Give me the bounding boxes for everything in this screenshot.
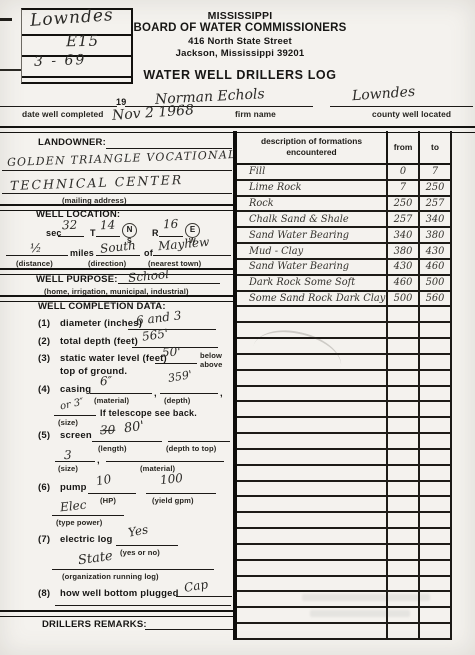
town-handwritten: Mayhew: [157, 235, 209, 253]
formation-to: [418, 323, 450, 337]
formation-from: [386, 387, 418, 401]
rule: [52, 515, 124, 516]
formation-desc: Dark Rock Some Soft: [237, 276, 386, 290]
electric-log-handwritten: Yes: [127, 522, 149, 539]
formation-desc: [237, 434, 386, 448]
formation-row: [237, 307, 450, 323]
formation-from: [386, 371, 418, 385]
formation-from: [386, 418, 418, 432]
formation-from: [386, 339, 418, 353]
rule: [90, 393, 152, 394]
item1-label: diameter (inches): [60, 318, 142, 329]
formations-table: description of formations encountered fr…: [233, 131, 452, 640]
formation-desc: Some Sand Rock Dark Clay: [237, 292, 386, 306]
rule: [58, 236, 84, 237]
formation-row: Some Sand Rock Dark Clay500560: [237, 292, 450, 308]
formation-to: 560: [418, 292, 450, 306]
formation-row: [237, 577, 450, 593]
above-option: above: [200, 360, 222, 369]
formation-row: [237, 561, 450, 577]
formation-row: [237, 624, 450, 640]
formation-desc: [237, 418, 386, 432]
formation-from: 430: [386, 260, 418, 274]
formation-to: [418, 561, 450, 575]
formation-from: [386, 624, 418, 638]
formation-from: [386, 434, 418, 448]
formation-to: [418, 355, 450, 369]
miles-label: miles: [70, 248, 94, 258]
formation-desc: Fill: [237, 165, 386, 179]
rule: [52, 569, 214, 570]
scanned-form-page: Lowndes E15 3 - 69 MISSISSIPPI BOARD OF …: [0, 0, 475, 655]
formation-to: [418, 371, 450, 385]
scan-edge-mark: [0, 18, 12, 21]
formation-to: 340: [418, 212, 450, 226]
formation-to: 500: [418, 276, 450, 290]
formation-from: 257: [386, 212, 418, 226]
below-option: below: [200, 351, 222, 360]
item6-label: pump: [60, 482, 87, 493]
rule: [168, 441, 230, 442]
depth-label: (depth): [164, 396, 190, 405]
range-label: R: [152, 228, 159, 238]
formation-to: 257: [418, 197, 450, 211]
formation-from: [386, 355, 418, 369]
form-title: WATER WELL DRILLERS LOG: [100, 68, 380, 82]
range-value-handwritten: 16: [163, 217, 179, 232]
formation-desc: Sand Water Bearing: [237, 228, 386, 242]
screen-length-handwritten: 80': [123, 419, 145, 437]
item3-num: (3): [38, 353, 50, 364]
formation-desc: Lime Rock: [237, 181, 386, 195]
formations-header-line2: encountered: [286, 147, 336, 158]
filing-code-handwritten: E15: [66, 32, 99, 51]
rule: [106, 461, 224, 462]
formation-to: [418, 608, 450, 622]
formation-row: [237, 497, 450, 513]
formation-desc: [237, 545, 386, 559]
formation-to: [418, 497, 450, 511]
formation-from: [386, 577, 418, 591]
county-label: county well located: [372, 109, 451, 119]
formation-from: [386, 466, 418, 480]
landowner-line2-handwritten: TECHNICAL CENTER: [10, 172, 184, 193]
rule: [88, 493, 136, 494]
north-circled: N: [122, 223, 137, 238]
item2-label: total depth (feet): [60, 336, 138, 347]
formation-row: [237, 545, 450, 561]
material-label: (material): [94, 396, 129, 405]
rule: [153, 255, 231, 256]
formation-to: [418, 418, 450, 432]
rule: [116, 545, 178, 546]
hp-label: (HP): [100, 496, 116, 505]
formation-to: [418, 434, 450, 448]
rule: [145, 629, 233, 630]
formation-from: [386, 307, 418, 321]
rule: [96, 236, 120, 237]
formation-desc: [237, 482, 386, 496]
formation-desc: [237, 561, 386, 575]
item3-tail: top of ground.: [60, 366, 127, 377]
pump-power-handwritten: Elec: [59, 498, 87, 515]
rule: [2, 170, 232, 171]
organization-running-log-label: (organization running log): [62, 572, 159, 581]
rule: [92, 441, 162, 442]
formation-from: [386, 513, 418, 527]
casing-size-handwritten: or 3″: [59, 397, 85, 413]
formation-to: [418, 402, 450, 416]
formation-to: [418, 577, 450, 591]
formation-desc: Mud - Clay: [237, 244, 386, 258]
formation-row: [237, 371, 450, 387]
item7-label: electric log: [60, 534, 113, 545]
formation-from: 500: [386, 292, 418, 306]
formations-header-line1: description of formations: [261, 136, 362, 147]
casing-depth-handwritten: 359': [167, 368, 193, 385]
comma: ,: [97, 455, 100, 466]
completion-data-label: WELL COMPLETION DATA:: [38, 301, 166, 312]
formation-to: [418, 482, 450, 496]
formation-row: Lime Rock7250: [237, 181, 450, 197]
formation-desc: Sand Water Bearing: [237, 260, 386, 274]
rule: [155, 363, 197, 364]
formation-desc: [237, 402, 386, 416]
formation-row: Mud - Clay380430: [237, 244, 450, 260]
formation-from: [386, 545, 418, 559]
screen-length-struck-handwritten: 30: [100, 423, 116, 438]
township-value-handwritten: 14: [100, 218, 116, 233]
formation-row: [237, 482, 450, 498]
depth-to-top-label: (depth to top): [166, 444, 216, 453]
formation-row: [237, 466, 450, 482]
item3-label: static water level (feet): [60, 353, 167, 364]
from-column-header: from: [386, 131, 418, 163]
rule: [55, 605, 231, 606]
size-label: (size): [58, 418, 78, 427]
letterhead-city: Jackson, Mississippi 39201: [120, 48, 360, 59]
formation-from: [386, 402, 418, 416]
formations-description-header: description of formations encountered: [237, 131, 386, 163]
formation-desc: [237, 387, 386, 401]
year-prefix: 19: [116, 97, 126, 107]
formation-row: Rock250257: [237, 197, 450, 213]
formation-to: 250: [418, 181, 450, 195]
item2-num: (2): [38, 336, 50, 347]
rule: [0, 106, 117, 107]
rule: [118, 283, 220, 284]
formation-desc: [237, 450, 386, 464]
formation-to: [418, 450, 450, 464]
item6-num: (6): [38, 482, 50, 493]
item8-label: how well bottom plugged: [60, 588, 179, 599]
rule: [330, 106, 473, 107]
rule: [96, 255, 140, 256]
formation-row: [237, 418, 450, 434]
direction-label: (direction): [88, 259, 126, 268]
formation-row: [237, 434, 450, 450]
formation-desc: Rock: [237, 197, 386, 211]
scan-edge-line: [0, 69, 21, 71]
formation-from: [386, 497, 418, 511]
formation-row: Chalk Sand & Shale257340: [237, 212, 450, 228]
formation-desc: [237, 529, 386, 543]
county-handwritten: Lowndes: [352, 84, 416, 104]
item5-num: (5): [38, 430, 50, 441]
distance-label: (distance): [16, 259, 53, 268]
firm-name-label: firm name: [235, 109, 276, 119]
formation-to: [418, 545, 450, 559]
of-label: of: [144, 248, 153, 258]
formation-to: [418, 624, 450, 638]
casing-material-handwritten: 6″: [100, 374, 113, 388]
log-org-handwritten: State: [77, 549, 114, 569]
formation-to: 380: [418, 228, 450, 242]
rule: [6, 255, 68, 256]
item8-num: (8): [38, 588, 50, 599]
formation-row: Sand Water Bearing430460: [237, 260, 450, 276]
formation-from: 340: [386, 228, 418, 242]
formation-desc: [237, 577, 386, 591]
formation-row: Fill07: [237, 165, 450, 181]
formation-from: 250: [386, 197, 418, 211]
item5-label: screen: [60, 430, 92, 441]
static-level-handwritten: 50': [162, 345, 181, 360]
direction-handwritten: South: [99, 238, 136, 256]
formation-row: [237, 387, 450, 403]
item1-num: (1): [38, 318, 50, 329]
bottom-plugged-handwritten: Cap: [183, 577, 209, 595]
item4-num: (4): [38, 384, 50, 395]
formation-desc: Chalk Sand & Shale: [237, 212, 386, 226]
formation-desc: [237, 307, 386, 321]
item7-num: (7): [38, 534, 50, 545]
rule: [146, 493, 216, 494]
letterhead-state: MISSISSIPPI: [120, 10, 360, 22]
distance-handwritten: ½: [30, 241, 42, 255]
sec-value-handwritten: 32: [62, 218, 78, 233]
rule: [160, 393, 218, 394]
pump-hp-handwritten: 10: [95, 472, 112, 488]
formation-from: 0: [386, 165, 418, 179]
comma: ,: [220, 388, 223, 399]
formation-desc: [237, 513, 386, 527]
formation-row: [237, 513, 450, 529]
drillers-remarks-label: DRILLERS REMARKS:: [42, 619, 147, 630]
formation-desc: [237, 624, 386, 638]
type-power-label: (type power): [56, 518, 102, 527]
formation-desc: [237, 497, 386, 511]
formation-to: [418, 307, 450, 321]
formation-from: 460: [386, 276, 418, 290]
formation-from: 380: [386, 244, 418, 258]
comma: ,: [154, 388, 157, 399]
formation-from: [386, 482, 418, 496]
formation-row: [237, 450, 450, 466]
faint-stamp: [302, 594, 430, 601]
rule: [0, 610, 233, 617]
telescope-note: If telescope see back.: [100, 408, 197, 418]
landowner-line1-handwritten: GOLDEN TRIANGLE VOCATIONAL: [7, 148, 237, 169]
formation-from: [386, 323, 418, 337]
length-label: (length): [98, 444, 127, 453]
formation-to: 430: [418, 244, 450, 258]
formation-desc: [237, 466, 386, 480]
landowner-label: LANDOWNER:: [38, 137, 106, 148]
formation-row: [237, 402, 450, 418]
screen-size-handwritten: 3: [64, 448, 72, 462]
well-purpose-label: WELL PURPOSE:: [36, 274, 118, 285]
formation-to: [418, 466, 450, 480]
faint-stamp: [310, 610, 410, 617]
letterhead-board: BOARD OF WATER COMMISSIONERS: [100, 22, 380, 34]
township-label: T: [90, 228, 96, 238]
formation-from: 7: [386, 181, 418, 195]
formation-to: 7: [418, 165, 450, 179]
formation-to: [418, 513, 450, 527]
nearest-town-label: (nearest town): [148, 259, 201, 268]
formation-from: [386, 561, 418, 575]
formations-header-row: description of formations encountered fr…: [237, 131, 450, 165]
formation-row: [237, 529, 450, 545]
to-column-header: to: [418, 131, 450, 163]
date-completed-label: date well completed: [22, 109, 103, 119]
yes-or-no-label: (yes or no): [120, 548, 160, 557]
rule: [2, 193, 232, 194]
total-depth-handwritten: 565': [141, 326, 169, 344]
yield-gpm-label: (yield gpm): [152, 496, 194, 505]
pump-gpm-handwritten: 100: [159, 471, 183, 487]
rule: [176, 596, 232, 597]
item4-label: casing: [60, 384, 91, 395]
formation-to: [418, 529, 450, 543]
size-label: (size): [58, 464, 78, 473]
formations-body: Fill07Lime Rock7250Rock250257Chalk Sand …: [237, 165, 450, 640]
formation-row: Sand Water Bearing340380: [237, 228, 450, 244]
filing-date-handwritten: 3 - 69: [34, 52, 87, 70]
formation-to: [418, 387, 450, 401]
formation-from: [386, 450, 418, 464]
formation-row: Dark Rock Some Soft460500: [237, 276, 450, 292]
formation-to: [418, 339, 450, 353]
letterhead-street: 416 North State Street: [120, 36, 360, 47]
formation-to: 460: [418, 260, 450, 274]
rule: [54, 415, 96, 416]
formation-from: [386, 529, 418, 543]
rule: [55, 461, 95, 462]
